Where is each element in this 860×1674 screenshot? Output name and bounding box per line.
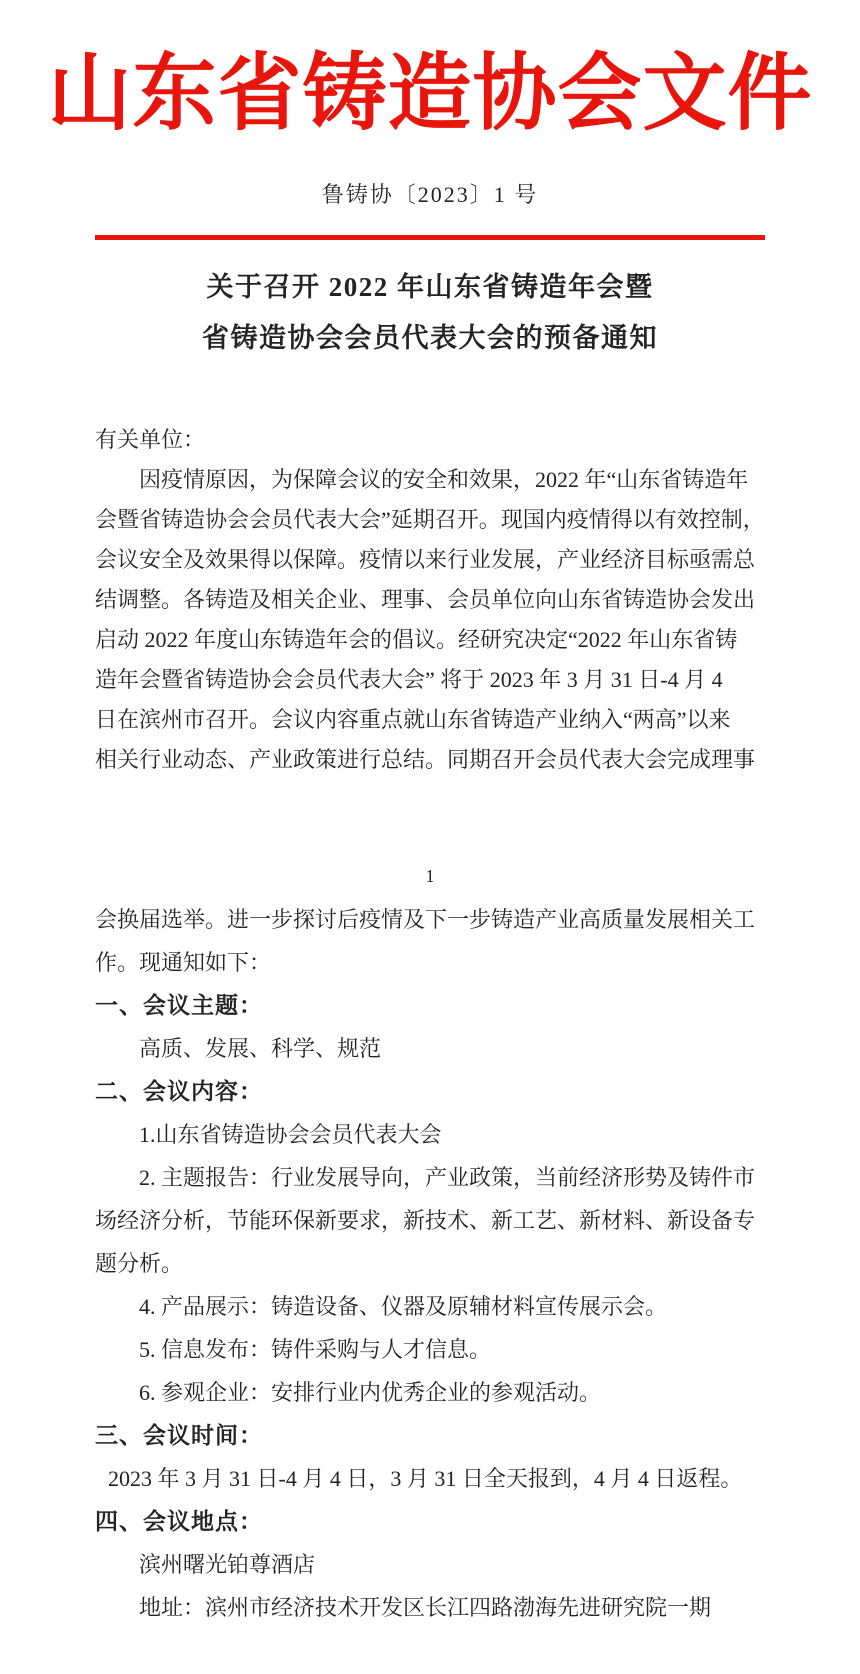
body-line: 造年会暨省铸造协会会员代表大会” 将于 2023 年 3 月 31 日-4 月 …: [95, 660, 765, 700]
section-heading-1: 一、会议主题：: [95, 984, 765, 1027]
doc-title-line-2: 省铸造协会会员代表大会的预备通知: [95, 313, 765, 364]
body-line: 地址：滨州市经济技术开发区长江四路渤海先进研究院一期: [95, 1586, 765, 1629]
body-line: 高质、发展、科学、规范: [95, 1027, 765, 1070]
section-heading-4: 四、会议地点：: [95, 1500, 765, 1543]
body-line: 1.山东省铸造协会会员代表大会: [95, 1113, 765, 1156]
doc-title: 关于召开 2022 年山东省铸造年会暨 省铸造协会会员代表大会的预备通知: [95, 262, 765, 364]
body-line: 6. 参观企业：安排行业内优秀企业的参观活动。: [95, 1371, 765, 1414]
org-header-title: 山东省铸造协会文件: [0, 0, 860, 140]
body-line: 2023 年 3 月 31 日-4 月 4 日，3 月 31 日全天报到，4 月…: [95, 1457, 765, 1500]
body-line: 2. 主题报告：行业发展导向，产业政策，当前经济形势及铸件市: [95, 1156, 765, 1199]
body-line: 启动 2022 年度山东铸造年会的倡议。经研究决定“2022 年山东省铸: [95, 620, 765, 660]
body-line: 滨州曙光铂尊酒店: [95, 1543, 765, 1586]
page-number: 1: [95, 864, 765, 888]
body-line: 因疫情原因，为保障会议的安全和效果，2022 年“山东省铸造年: [95, 460, 765, 500]
body-line: 4. 产品展示：铸造设备、仪器及原辅材料宣传展示会。: [95, 1285, 765, 1328]
body-line: 场经济分析，节能环保新要求，新技术、新工艺、新材料、新设备专: [95, 1199, 765, 1242]
page1-body: 有关单位： 因疫情原因，为保障会议的安全和效果，2022 年“山东省铸造年 会暨…: [95, 420, 765, 780]
body-line: 会换届选举。进一步探讨后疫情及下一步铸造产业高质量发展相关工: [95, 898, 765, 941]
section-heading-3: 三、会议时间：: [95, 1414, 765, 1457]
body-line: 5. 信息发布：铸件采购与人才信息。: [95, 1328, 765, 1371]
body-line: 会议安全及效果得以保障。疫情以来行业发展，产业经济目标亟需总: [95, 540, 765, 580]
body-line: 日在滨州市召开。会议内容重点就山东省铸造产业纳入“两高”以来: [95, 700, 765, 740]
doc-title-line-1: 关于召开 2022 年山东省铸造年会暨: [95, 262, 765, 313]
document-page: 山东省铸造协会文件 鲁铸协〔2023〕1 号 关于召开 2022 年山东省铸造年…: [0, 0, 860, 1674]
body-line: 结调整。各铸造及相关企业、理事、会员单位向山东省铸造协会发出: [95, 580, 765, 620]
body-line: 题分析。: [95, 1242, 765, 1285]
section-heading-2: 二、会议内容：: [95, 1070, 765, 1113]
red-divider-line: [95, 235, 765, 240]
body-line: 作。现通知如下：: [95, 941, 765, 984]
body-line: 会暨省铸造协会会员代表大会”延期召开。现国内疫情得以有效控制，: [95, 500, 765, 540]
body-line: 相关行业动态、产业政策进行总结。同期召开会员代表大会完成理事: [95, 740, 765, 780]
page2-body: 会换届选举。进一步探讨后疫情及下一步铸造产业高质量发展相关工 作。现通知如下： …: [95, 898, 765, 1629]
document-content: 关于召开 2022 年山东省铸造年会暨 省铸造协会会员代表大会的预备通知 有关单…: [0, 235, 860, 1629]
doc-number: 鲁铸协〔2023〕1 号: [0, 178, 860, 209]
salutation: 有关单位：: [95, 420, 765, 460]
